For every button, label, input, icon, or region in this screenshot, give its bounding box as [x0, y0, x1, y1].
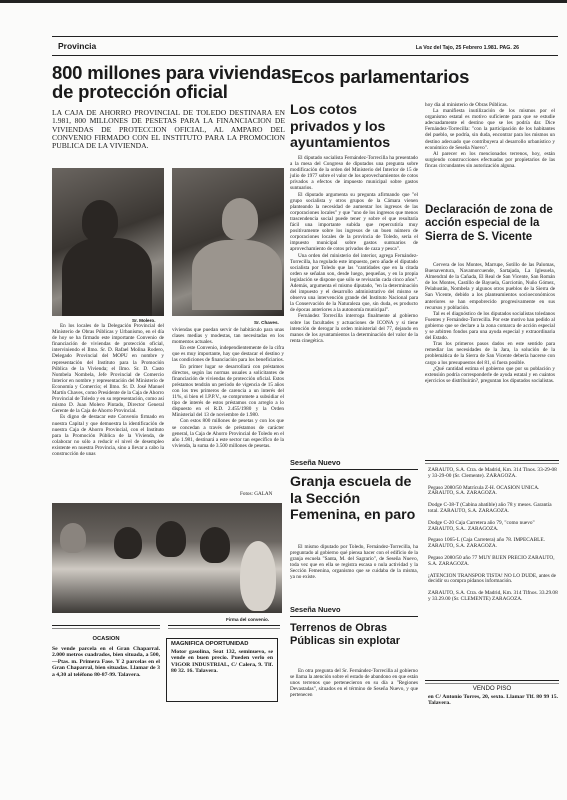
paragraph: viviendas que puedan servir de habitácul… — [172, 327, 284, 345]
photo-firma-convenio — [52, 503, 282, 613]
photo-chaves — [172, 168, 284, 316]
ecos-banner: Ecos parlamentarios — [291, 67, 561, 86]
article4-headline: Terrenos de Obras Públicas sin explotar — [290, 622, 420, 649]
classified-entry: Dodge C-38-T (Cabina abatible) año 78 y … — [428, 503, 558, 515]
paragraph: Tras los primeros pasos dados en este se… — [425, 341, 555, 365]
scan-border — [0, 0, 567, 3]
ad-magnifica-title: MAGNIFICA OPORTUNIDAD — [171, 641, 273, 647]
article1-headline: Los cotos privados y los ayuntamientos — [290, 102, 420, 152]
photo-firma-caption: Firma del convenio. — [226, 617, 269, 622]
article1-body: El diputado socialista Fernández-Torreci… — [290, 155, 418, 344]
classified-rule — [425, 460, 559, 464]
paragraph: En primer lugar se desarrollará con prés… — [172, 364, 284, 419]
paragraph: Con estos 800 millones de pesetas y con … — [172, 418, 284, 448]
paragraph: El diputado socialista Fernández-Torreci… — [290, 155, 418, 192]
photo-chaves-caption: Sr. Chaves. — [254, 320, 279, 325]
main-article-col1: En los locales de la Delegación Provinci… — [52, 323, 164, 457]
ad-rule — [168, 625, 280, 629]
classified-entry: ¡ATENCION TRANSPOR TISTA! NO LO DUDE, an… — [428, 574, 558, 586]
classified-entry: Pegaso 2080/50 año 77 MUY BUEN PRECIO ZA… — [428, 556, 558, 568]
classified-entry: Pegaso 1065-L (Caja Carretera) año 78. I… — [428, 538, 558, 550]
paragraph: Es digno de destacar este Convenio firma… — [52, 414, 164, 457]
paragraph: Cervera de los Montes, Marrupe, Sotillo … — [425, 262, 555, 311]
paragraph: En este Convenio, independientemente de … — [172, 345, 284, 363]
paragraph: ¿Qué cantidad estima el gobierno que por… — [425, 366, 555, 384]
main-lede: LA CAJA DE AHORRO PROVINCIAL DE TOLEDO D… — [52, 109, 285, 150]
newspaper-page: Provincia La Voz del Tajo, 25 Febrero 1.… — [0, 0, 567, 800]
article3-headline: Granja escuela de la Sección Femenina, e… — [290, 474, 420, 524]
paragraph: El mismo diputado por Toledo, Fernández-… — [290, 544, 418, 581]
article2-headline: Declaración de zona de acción especial d… — [425, 204, 563, 244]
masthead: La Voz del Tajo, 25 Febrero 1.981. PAG. … — [416, 45, 519, 51]
kicker-rule — [290, 469, 418, 470]
ad-magnifica-text: Motor gasolina, Seat 132, seminuevo, se … — [171, 649, 273, 675]
ad-ocasion-text: Se vende parcela en el Gran Chaparral. 2… — [52, 646, 160, 678]
article3-body: El mismo diputado por Toledo, Fernández-… — [290, 544, 418, 581]
paragraph: Tal es el diagnóstico de los diputados s… — [425, 311, 555, 341]
ad-vendo-piso-title: VENDO PISO — [425, 685, 559, 692]
main-headline: 800 millones para viviendas de protecció… — [52, 63, 292, 102]
kicker-rule — [290, 616, 418, 617]
paragraph: Al parecer en los mencionados terrenos, … — [425, 151, 555, 169]
classified-entry: Pegaso 2080/50 Matrícula Z-H. OCASION UN… — [428, 486, 558, 498]
paragraph: Una orden del ministerio del interior, a… — [290, 253, 418, 314]
classified-entry: ZARAUTO, S.A. Ctra. de Madrid, Km. 314 T… — [428, 591, 558, 603]
paragraph: La manifiesta inutilización de los mismo… — [425, 108, 555, 151]
photo-credit: Fotos: GALAN — [240, 491, 272, 497]
section-label: Provincia — [58, 41, 96, 51]
main-article-col2: viviendas que puedan servir de habitácul… — [172, 327, 284, 449]
photo-molero — [52, 168, 164, 316]
continued-text: hoy día al ministerio de Obras Públicas.… — [425, 102, 555, 169]
ad-magnifica-box: MAGNIFICA OPORTUNIDAD Motor gasolina, Se… — [166, 638, 278, 702]
classified-rule — [425, 680, 559, 684]
paragraph: El diputado argumenta su pregunta afirma… — [290, 192, 418, 253]
classified-ads: ZARAUTO, S.A. Ctra. de Madrid, Km. 314 T… — [428, 468, 558, 609]
article4-kicker: Seseña Nuevo — [290, 605, 341, 614]
ad-vendo-piso-text: en C/ Antonio Torres, 20, sexto. Llamar … — [428, 694, 558, 707]
paragraph: En los locales de la Delegación Provinci… — [52, 323, 164, 414]
header-top-rule — [52, 36, 558, 37]
paragraph: En otra pregunta del Sr. Fernández-Torre… — [290, 668, 418, 698]
classified-entry: ZARAUTO, S.A. Ctra. de Madrid, Km. 314 T… — [428, 468, 558, 480]
ad-ocasion-title: OCASION — [52, 636, 160, 642]
article3-kicker: Seseña Nuevo — [290, 458, 341, 467]
header-bottom-rule — [52, 55, 558, 56]
classified-entry: Dodge C-20 Caja Carretera año 79, "como … — [428, 521, 558, 533]
article2-body: Cervera de los Montes, Marrupe, Sotillo … — [425, 262, 555, 384]
paragraph: Fernández Torrecilla interroga finalment… — [290, 313, 418, 343]
article4-body: En otra pregunta del Sr. Fernández-Torre… — [290, 668, 418, 698]
ad-rule — [52, 625, 160, 629]
